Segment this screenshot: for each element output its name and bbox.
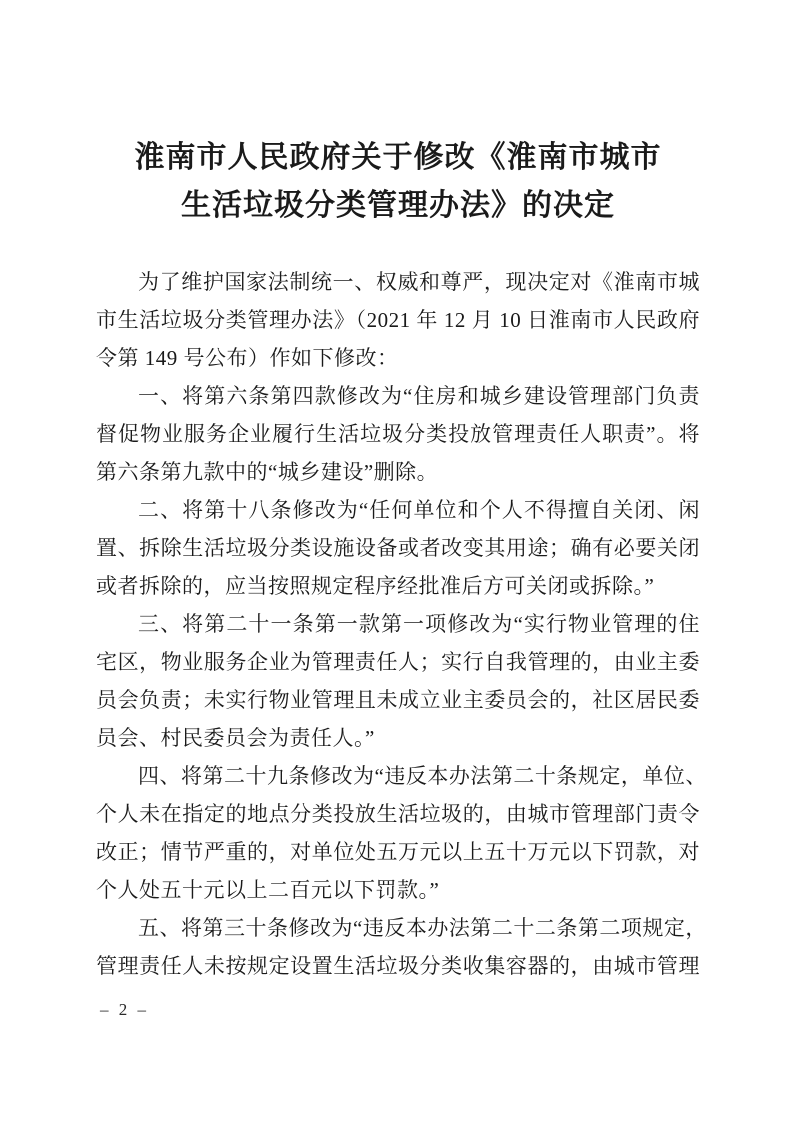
- body-line: 市生活垃圾分类管理办法》（2021 年 12 月 10 日淮南市人民政府: [96, 301, 700, 339]
- title-line: 生活垃圾分类管理办法》的决定: [96, 182, 700, 230]
- body-paragraph: 为了维护国家法制统一、权威和尊严，现决定对《淮南市城 市生活垃圾分类管理办法》（…: [96, 263, 700, 377]
- body-paragraph: 三、将第二十一条第一款第一项修改为“实行物业管理的住 宅区，物业服务企业为管理责…: [96, 605, 700, 757]
- body-line: 三、将第二十一条第一款第一项修改为“实行物业管理的住: [96, 605, 700, 643]
- document-content: 淮南市人民政府关于修改《淮南市城市 生活垃圾分类管理办法》的决定 为了维护国家法…: [96, 134, 700, 985]
- body-paragraph: 二、将第十八条修改为“任何单位和个人不得擅自关闭、闲 置、拆除生活垃圾分类设施设…: [96, 491, 700, 605]
- body-line: 五、将第三十条修改为“违反本办法第二十二条第二项规定，: [96, 909, 700, 947]
- body-paragraph: 五、将第三十条修改为“违反本办法第二十二条第二项规定， 管理责任人未按规定设置生…: [96, 909, 700, 985]
- body-line: 或者拆除的，应当按照规定程序经批准后方可关闭或拆除。”: [96, 567, 700, 605]
- body-line: 第六条第九款中的“城乡建设”删除。: [96, 453, 700, 491]
- body-line: 为了维护国家法制统一、权威和尊严，现决定对《淮南市城: [96, 263, 700, 301]
- body-paragraph: 四、将第二十九条修改为“违反本办法第二十条规定，单位、 个人未在指定的地点分类投…: [96, 757, 700, 909]
- body-line: 管理责任人未按规定设置生活垃圾分类收集容器的，由城市管理: [96, 947, 700, 985]
- body-line: 员会负责；未实行物业管理且未成立业主委员会的，社区居民委: [96, 681, 700, 719]
- body-line: 置、拆除生活垃圾分类设施设备或者改变其用途；确有必要关闭: [96, 529, 700, 567]
- body-paragraph: 一、将第六条第四款修改为“住房和城乡建设管理部门负责 督促物业服务企业履行生活垃…: [96, 377, 700, 491]
- document-page: 淮南市人民政府关于修改《淮南市城市 生活垃圾分类管理办法》的决定 为了维护国家法…: [0, 0, 793, 1122]
- body-line: 四、将第二十九条修改为“违反本办法第二十条规定，单位、: [96, 757, 700, 795]
- body-line: 令第 149 号公布）作如下修改：: [96, 339, 700, 377]
- page-number: – 2 –: [100, 1000, 149, 1020]
- body-line: 二、将第十八条修改为“任何单位和个人不得擅自关闭、闲: [96, 491, 700, 529]
- body-line: 宅区，物业服务企业为管理责任人；实行自我管理的，由业主委: [96, 643, 700, 681]
- body-line: 员会、村民委员会为责任人。”: [96, 719, 700, 757]
- title-line: 淮南市人民政府关于修改《淮南市城市: [96, 134, 700, 182]
- body-line: 个人处五十元以上二百元以下罚款。”: [96, 871, 700, 909]
- body-line: 督促物业服务企业履行生活垃圾分类投放管理责任人职责”。将: [96, 415, 700, 453]
- body-line: 改正；情节严重的，对单位处五万元以上五十万元以下罚款，对: [96, 833, 700, 871]
- body-line: 个人未在指定的地点分类投放生活垃圾的，由城市管理部门责令: [96, 795, 700, 833]
- body-line: 一、将第六条第四款修改为“住房和城乡建设管理部门负责: [96, 377, 700, 415]
- document-body: 为了维护国家法制统一、权威和尊严，现决定对《淮南市城 市生活垃圾分类管理办法》（…: [96, 263, 700, 985]
- document-title: 淮南市人民政府关于修改《淮南市城市 生活垃圾分类管理办法》的决定: [96, 134, 700, 230]
